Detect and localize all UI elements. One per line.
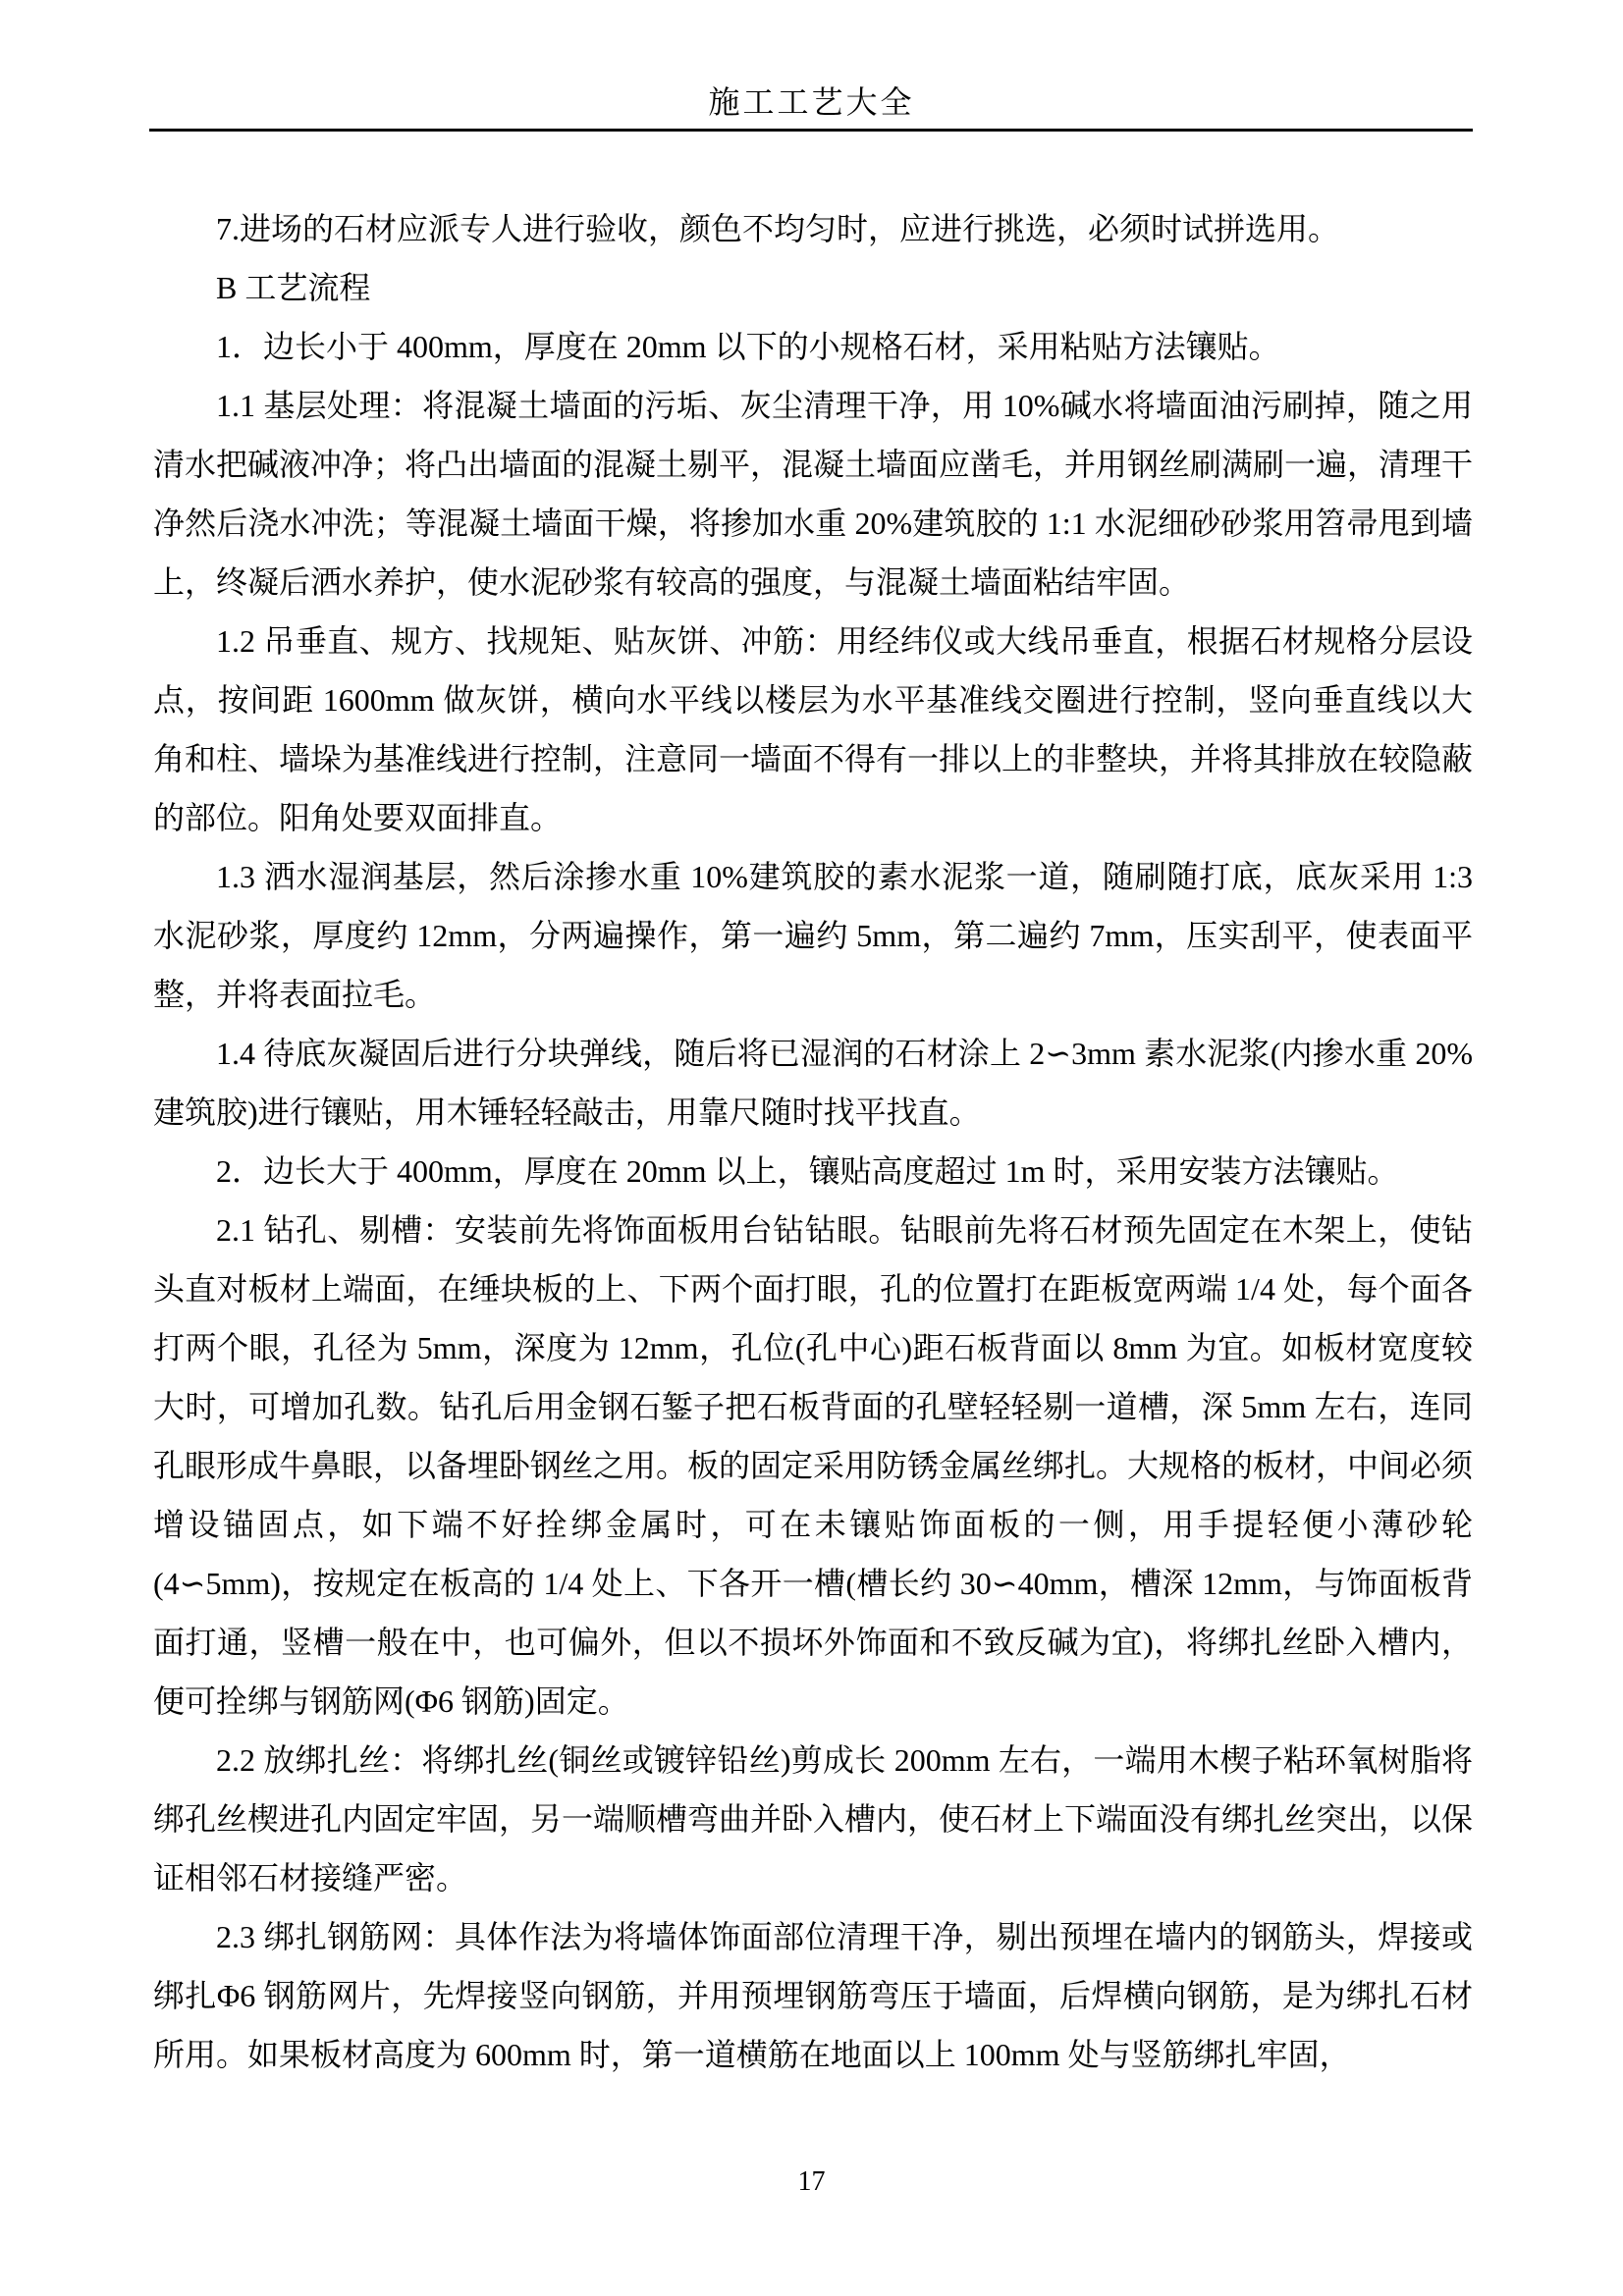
paragraph: 2.3 绑扎钢筋网：具体作法为将墙体饰面部位清理干净，剔出预埋在墙内的钢筋头，焊… <box>153 1907 1473 2084</box>
page-footer: 17 <box>0 2165 1623 2199</box>
paragraph: 2.1 钻孔、剔槽：安装前先将饰面板用台钻钻眼。钻眼前先将石材预先固定在木架上，… <box>153 1201 1473 1731</box>
paragraph: B 工艺流程 <box>153 258 1473 317</box>
document-body: 7.进场的石材应派专人进行验收，颜色不均匀时，应进行挑选，必须时试拼选用。 B … <box>153 199 1473 2084</box>
paragraph: 2．边长大于 400mm，厚度在 20mm 以上，镶贴高度超过 1m 时，采用安… <box>153 1142 1473 1201</box>
document-page: 施工工艺大全 7.进场的石材应派专人进行验收，颜色不均匀时，应进行挑选，必须时试… <box>0 0 1623 2296</box>
page-header-title: 施工工艺大全 <box>0 82 1623 122</box>
paragraph: 1.2 吊垂直、规方、找规矩、贴灰饼、冲筋：用经纬仪或大线吊垂直，根据石材规格分… <box>153 612 1473 847</box>
paragraph: 1.1 基层处理：将混凝土墙面的污垢、灰尘清理干净，用 10%碱水将墙面油污刷掉… <box>153 376 1473 612</box>
paragraph: 7.进场的石材应派专人进行验收，颜色不均匀时，应进行挑选，必须时试拼选用。 <box>153 199 1473 258</box>
paragraph: 1.4 待底灰凝固后进行分块弹线，随后将已湿润的石材涂上 2∽3mm 素水泥浆(… <box>153 1024 1473 1142</box>
page-number: 17 <box>798 2166 826 2197</box>
paragraph: 1.3 洒水湿润基层，然后涂掺水重 10%建筑胶的素水泥浆一道，随刷随打底，底灰… <box>153 847 1473 1024</box>
paragraph: 1．边长小于 400mm，厚度在 20mm 以下的小规格石材，采用粘贴方法镶贴。 <box>153 317 1473 376</box>
paragraph: 2.2 放绑扎丝：将绑扎丝(铜丝或镀锌铅丝)剪成长 200mm 左右，一端用木楔… <box>153 1731 1473 1907</box>
header-rule <box>149 129 1473 132</box>
